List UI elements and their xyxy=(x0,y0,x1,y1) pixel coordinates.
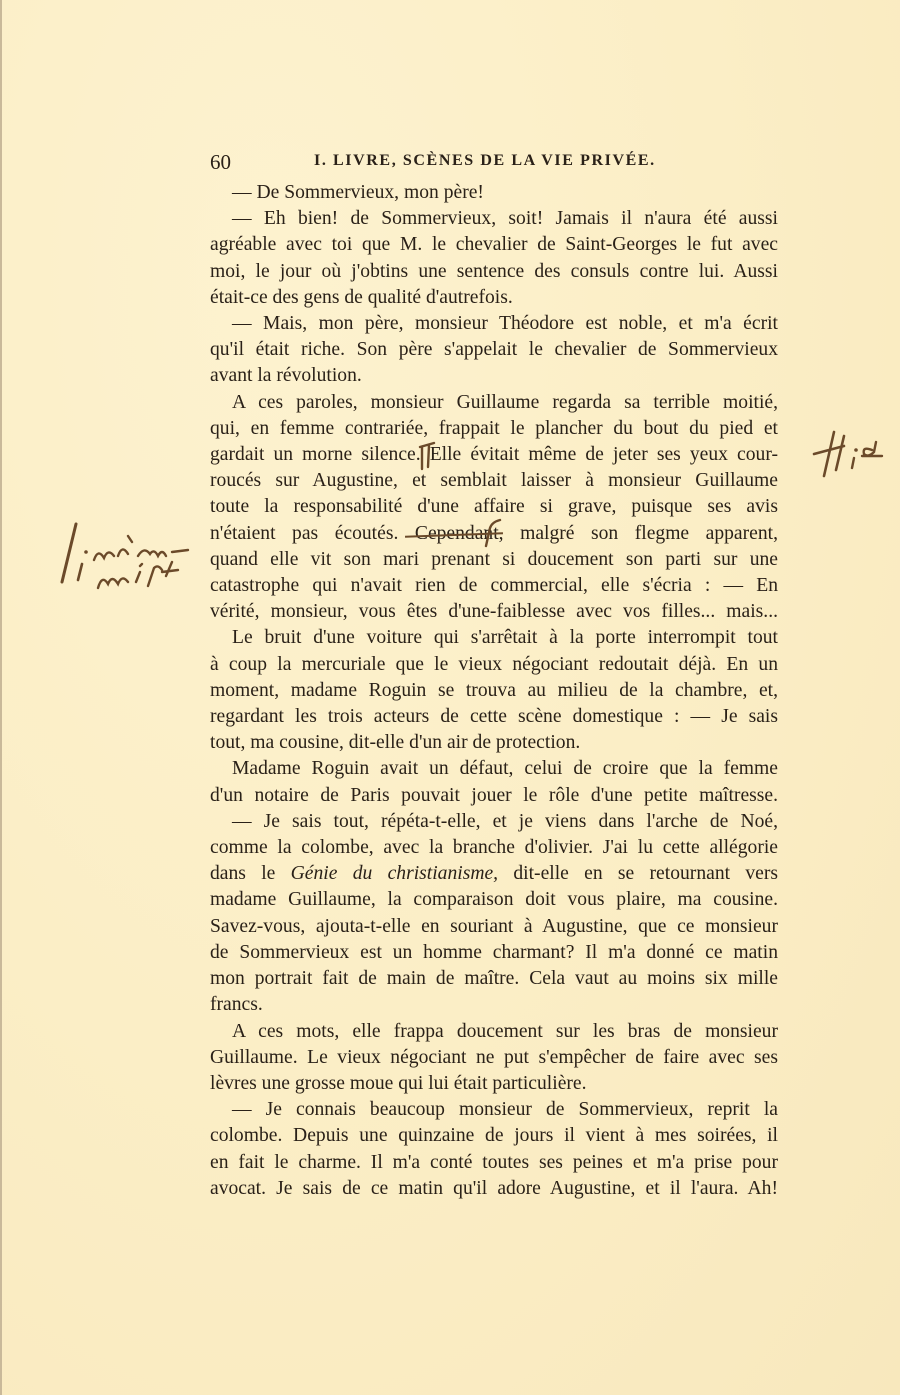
margin-annotation-right xyxy=(810,420,890,480)
text-line: dans le Génie du christianisme, dit-elle… xyxy=(210,861,778,887)
text-line: était-ce des gens de qualité d'autrefois… xyxy=(210,285,778,311)
text-line: moment, madame Roguin se trouva au milie… xyxy=(210,678,778,704)
text-line: comme la colombe, avec la branche d'oliv… xyxy=(210,835,778,861)
text-line: Le bruit d'une voiture qui s'arrêtait à … xyxy=(210,625,778,651)
text-line: avant la révolution. xyxy=(210,363,778,389)
margin-annotation-left xyxy=(54,512,204,592)
text-line: colombe. Depuis une quinzaine de jours i… xyxy=(210,1123,778,1149)
text-line: d'un notaire de Paris pouvait jouer le r… xyxy=(210,783,778,809)
correction-mark-icon xyxy=(478,518,504,548)
text-line: toute la responsabilité d'une affaire si… xyxy=(210,494,778,520)
body-text: — De Sommervieux, mon père! — Eh bien! d… xyxy=(210,180,778,1202)
text-line: agréable avec toi que M. le chevalier de… xyxy=(210,232,778,258)
page-number: 60 xyxy=(210,150,231,175)
text-line: Madame Roguin avait un défaut, celui de … xyxy=(210,756,778,782)
text-line: mon portrait fait de main de maître. Cel… xyxy=(210,966,778,992)
text-line: qu'il était riche. Son père s'appelait l… xyxy=(210,337,778,363)
text-line: — Eh bien! de Sommervieux, soit! Jamais … xyxy=(210,206,778,232)
insertion-mark-icon xyxy=(416,441,438,471)
text-line: — Je connais beaucoup monsieur de Sommer… xyxy=(210,1097,778,1123)
text-segment: n'étaient pas écoutés. xyxy=(210,523,398,544)
text-line: madame Guillaume, la comparaison doit vo… xyxy=(210,887,778,913)
text-line: A ces paroles, monsieur Guillaume regard… xyxy=(210,390,778,416)
running-head-title: I. LIVRE, SCÈNES DE LA VIE PRIVÉE. xyxy=(314,152,656,170)
running-head: 60 I. LIVRE, SCÈNES DE LA VIE PRIVÉE. xyxy=(210,150,782,176)
text-line: — Je sais tout, répéta-t-elle, et je vie… xyxy=(210,809,778,835)
text-segment: dans le xyxy=(210,863,275,884)
text-line: gardait un morne silence. Elle évitait m… xyxy=(210,442,778,468)
text-line: — De Sommervieux, mon père! xyxy=(210,180,778,206)
text-line: avocat. Je sais de ce matin qu'il adore … xyxy=(210,1176,778,1202)
text-line: de Sommervieux est un homme charmant? Il… xyxy=(210,940,778,966)
text-line: en fait le charme. Il m'a conté toutes s… xyxy=(210,1150,778,1176)
text-line: vérité, monsieur, vous êtes d'une-faible… xyxy=(210,599,778,625)
text-line: qui, en femme contrariée, frappait le pl… xyxy=(210,416,778,442)
book-page: 60 I. LIVRE, SCÈNES DE LA VIE PRIVÉE. — … xyxy=(0,0,900,1395)
book-title-italic: Génie du christianisme, xyxy=(291,863,498,884)
text-line: moi, le jour où j'obtins une sentence de… xyxy=(210,259,778,285)
text-line: quand elle vit son mari prenant si douce… xyxy=(210,547,778,573)
text-line: Savez-vous, ajouta-t-elle en souriant à … xyxy=(210,914,778,940)
text-line: regardant les trois acteurs de cette scè… xyxy=(210,704,778,730)
text-line: — Mais, mon père, monsieur Théodore est … xyxy=(210,311,778,337)
text-line: Guillaume. Le vieux négociant ne put s'e… xyxy=(210,1045,778,1071)
text-line: à coup la mercuriale que le vieux négoci… xyxy=(210,652,778,678)
text-line: lèvres une grosse moue qui lui était par… xyxy=(210,1071,778,1097)
text-line: catastrophe qui n'avait rien de commerci… xyxy=(210,573,778,599)
text-line: tout, ma cousine, dit-elle d'un air de p… xyxy=(210,730,778,756)
text-segment: dit-elle en se retournant vers xyxy=(513,863,778,884)
text-line: francs. xyxy=(210,992,778,1018)
text-line: roucés sur Augustine, et semblait laisse… xyxy=(210,468,778,494)
text-line: A ces mots, elle frappa doucement sur le… xyxy=(210,1019,778,1045)
text-segment: , malgré son flegme apparent, xyxy=(499,523,778,544)
